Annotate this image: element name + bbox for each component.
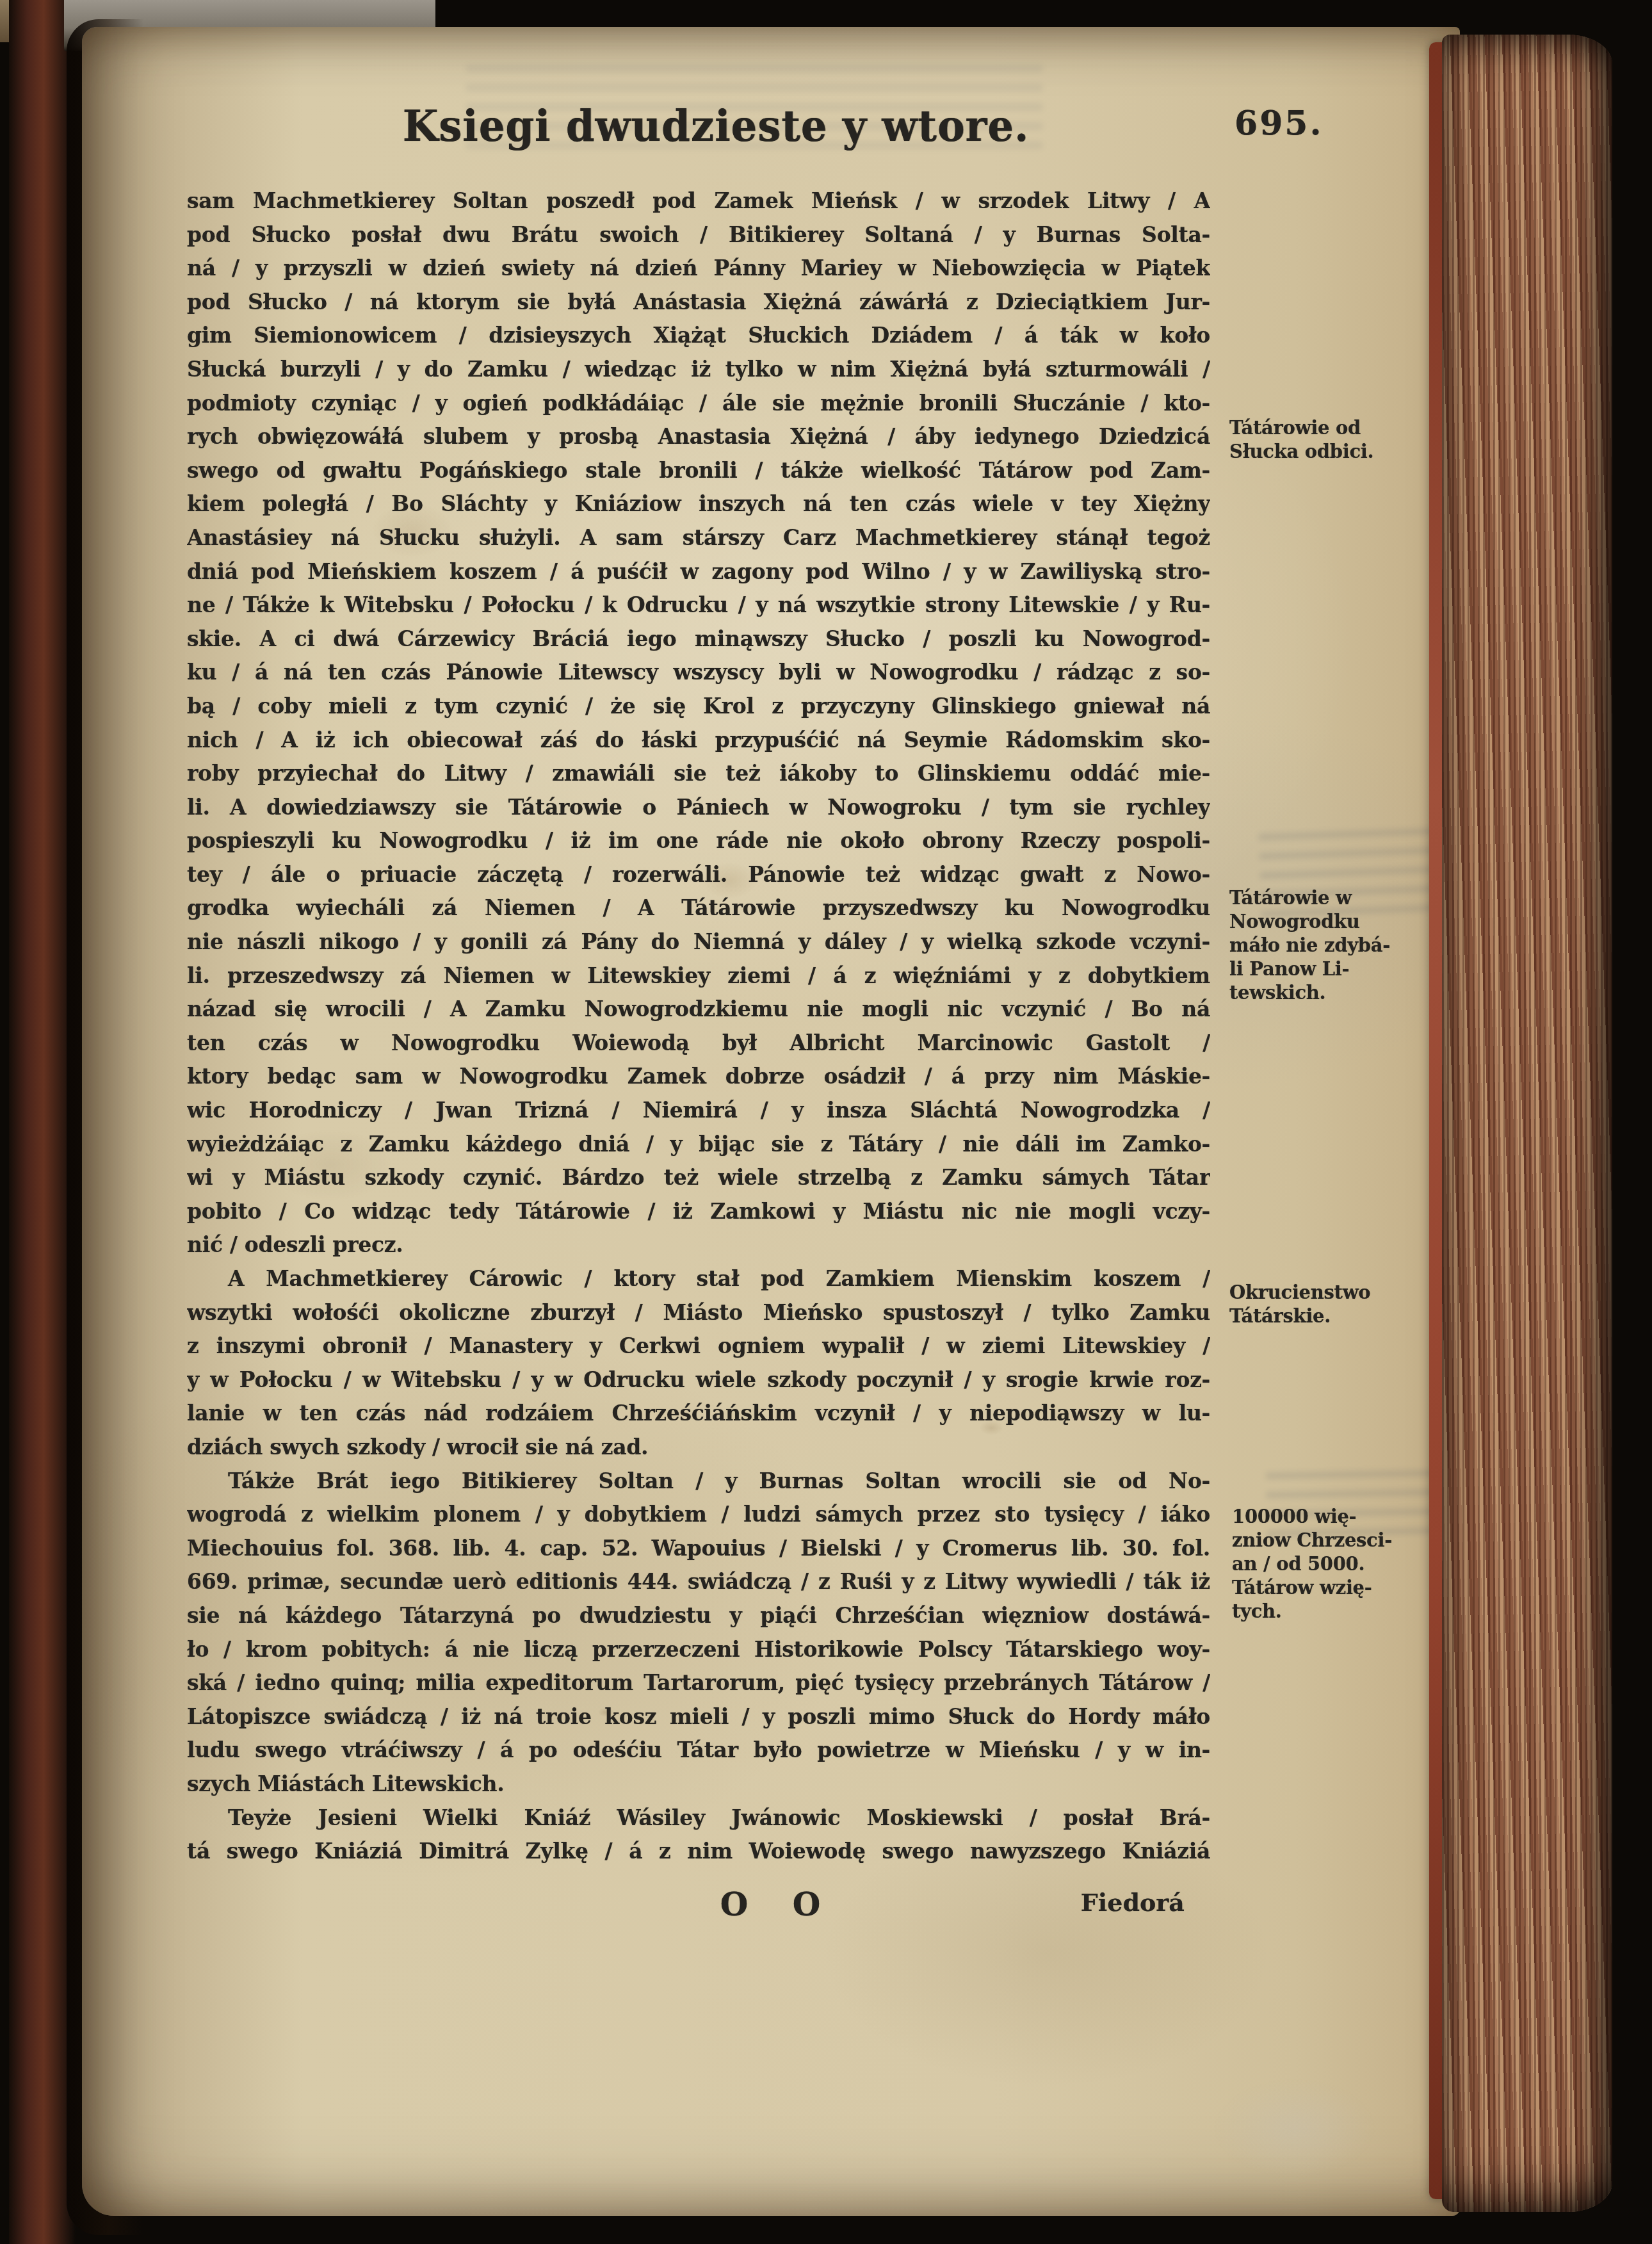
body-line: názad się wrocili / A Zamku Nowogrodzkie… [187,993,1210,1027]
page-number: 695. [1235,104,1401,143]
body-line: Teyże Jesieni Wielki Kniáź Wásiley Jwáno… [187,1801,1210,1835]
body-line: ne / Tákże k Witebsku / Połocku / k Odru… [187,589,1210,622]
book-scan: Ksiegi dwudzieste y wtore. 695. sam Mach… [0,0,1652,2244]
margin-note: 100000 wię- zniow Chrzesci- an / od 5000… [1232,1505,1450,1623]
body-line: lanie w ten czás nád rodzáiem Chrześćiáń… [187,1397,1210,1431]
running-head: Ksiegi dwudzieste y wtore. [351,101,1081,152]
body-line: ná / y przyszli w dzień swiety ná dzień … [187,252,1210,286]
body-line: roby przyiechał do Litwy / zmawiáli sie … [187,757,1210,791]
margin-note: Tátárowie od Słucka odbici. [1229,416,1447,464]
body-text: sam Machmetkierey Soltan poszedł pod Zam… [187,184,1210,1869]
body-line: wyieżdżáiąc z Zamku káżdego dniá / y bij… [187,1128,1210,1162]
body-line: ludu swego vtráćiwszy / á po odeśćiu Tát… [187,1734,1210,1768]
book-spine [9,0,76,2244]
body-line: dniá pod Mieńskiem koszem / á puśćił w z… [187,555,1210,589]
body-line: pod Słucko / ná ktorym sie byłá Anástasi… [187,286,1210,320]
body-line: wszytki wołośći okoliczne zburzył / Miás… [187,1296,1210,1330]
body-line: tá swego Kniáziá Dimitrá Zylkę / á z nim… [187,1835,1210,1869]
body-line: Słucká burzyli / y do Zamku / wiedząc iż… [187,353,1210,387]
body-line: nich / A iż ich obiecował záś do łáski p… [187,724,1210,758]
body-line: A Machmetkierey Cárowic / ktory stał pod… [187,1262,1210,1296]
body-line: li. przeszedwszy zá Niemen w Litewskiey … [187,959,1210,993]
margin-note: Tátárowie w Nowogrodku máło nie zdybá- l… [1229,886,1447,1005]
body-line: podmioty czyniąc / y ogień podkłádáiąc /… [187,387,1210,421]
body-line: nić / odeszli precz. [187,1228,1210,1262]
body-line: ktory bedąc sam w Nowogrodku Zamek dobrz… [187,1060,1210,1094]
page: Ksiegi dwudzieste y wtore. 695. sam Mach… [82,27,1460,2216]
body-line: swego od gwałtu Pogáńskiego stale bronil… [187,454,1210,488]
body-line: ská / iedno quinq; milia expeditorum Tar… [187,1666,1210,1700]
body-line: 669. primæ, secundæ uerò editionis 444. … [187,1565,1210,1599]
body-line: nie nászli nikogo / y gonili zá Pány do … [187,925,1210,959]
body-line: wic Horodniczy / Jwan Trizná / Niemirá /… [187,1094,1210,1128]
body-line: szych Miástách Litewskich. [187,1768,1210,1801]
body-line: z inszymi obronił / Manastery y Cerkwi o… [187,1329,1210,1363]
body-line: skie. A ci dwá Cárzewicy Bráciá iego min… [187,622,1210,656]
body-line: ten czás w Nowogrodku Woiewodą był Albri… [187,1027,1210,1061]
body-line: pobito / Co widząc tedy Tátárowie / iż Z… [187,1195,1210,1229]
body-line: Anastásiey ná Słucku służyli. A sam stár… [187,521,1210,555]
body-line: kiem poległá / Bo Sláchty y Kniáziow ins… [187,487,1210,521]
body-line: sie ná káżdego Tátarzyná po dwudziestu y… [187,1599,1210,1633]
body-line: grodka wyiecháli zá Niemen / A Tátárowie… [187,891,1210,925]
body-line: ku / á ná ten czás Pánowie Litewscy wszy… [187,656,1210,690]
body-line: dziách swych szkody / wrocił sie ná zad. [187,1431,1210,1465]
body-line: pospieszyli ku Nowogrodku / iż im one rá… [187,824,1210,858]
margin-note: Okrucienstwo Tátárskie. [1229,1281,1447,1328]
body-line: pod Słucko posłał dwu Brátu swoich / Bit… [187,218,1210,252]
catchword: Fiedorá [1023,1888,1185,1917]
body-line: gim Siemionowicem / dzisieyszych Xiążąt … [187,319,1210,353]
body-line: Miechouius fol. 368. lib. 4. cap. 52. Wa… [187,1532,1210,1566]
signature-mark: O O [683,1885,875,1923]
body-line: tey / ále o priuacie záczętą / rozerwáli… [187,858,1210,892]
fore-edge-pages [1442,35,1612,2212]
body-line: wogrodá z wielkim plonem / y dobytkiem /… [187,1498,1210,1532]
body-line: sam Machmetkierey Soltan poszedł pod Zam… [187,184,1210,218]
body-line: li. A dowiedziawszy sie Tátárowie o Páni… [187,791,1210,825]
body-line: Tákże Brát iego Bitikierey Soltan / y Bu… [187,1465,1210,1499]
body-line: y w Połocku / w Witebsku / y w Odrucku w… [187,1363,1210,1397]
body-line: Látopiszce swiádczą / iż ná troie kosz m… [187,1700,1210,1734]
body-line: bą / coby mieli z tym czynić / że się Kr… [187,690,1210,724]
body-line: ło / krom pobitych: á nie liczą przerzec… [187,1633,1210,1667]
body-line: rych obwięzowáłá slubem y prosbą Anastas… [187,420,1210,454]
body-line: wi y Miástu szkody czynić. Bárdzo też wi… [187,1161,1210,1195]
